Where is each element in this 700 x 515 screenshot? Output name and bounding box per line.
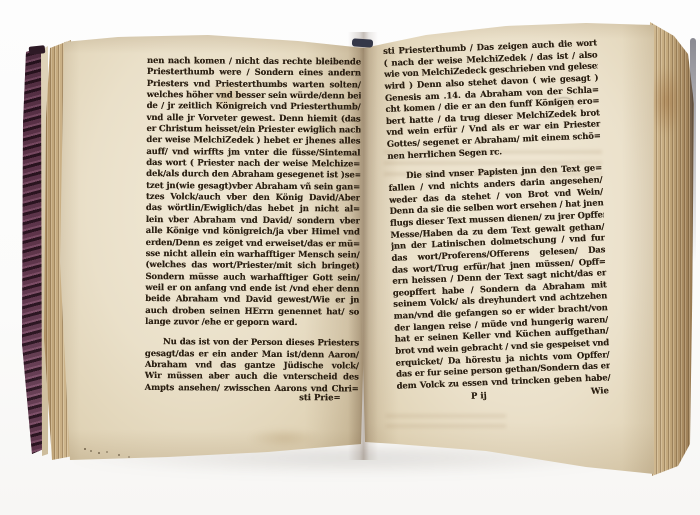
back-cover-sliver [690, 38, 696, 263]
left-page-bottom-stain [248, 428, 320, 448]
right-catchword: Wie [591, 386, 609, 397]
ink-speckles [84, 448, 86, 450]
cover-corner-detail [29, 45, 46, 55]
ink-showthrough [386, 414, 506, 428]
fore-edge-stain [650, 66, 682, 136]
antique-book-photo: nen nach komen / nicht das rechte bleibe… [0, 0, 700, 515]
right-page-text: sti Priesterthumb / Das zeigen auch die … [383, 38, 611, 410]
text-line: alle Könige vnd königreich/ja vber Himel… [146, 226, 360, 239]
left-page-text: nen nach komen / nicht das rechte bleibe… [145, 56, 361, 409]
text-line: Nu das ist von der Person dieses Prieste… [145, 337, 359, 350]
text-line: (welches das wort/Priester/mit sich brin… [145, 260, 359, 273]
left-catchword: sti Prie= [299, 393, 341, 403]
headband [352, 38, 374, 47]
text-line: lange zuvor /ehe er geporn ward. [145, 317, 359, 330]
text-line: beide Abraham vnd David gewest/Wie er jn [145, 294, 359, 307]
quire-signature: P ij [471, 391, 487, 402]
left-page-lines: nen nach komen / nicht das rechte bleibe… [145, 56, 361, 395]
text-line: Wir müssen aber auch die vnterscheid des [145, 371, 359, 384]
right-page-lines: sti Priesterthumb / Das zeigen auch die … [383, 38, 611, 393]
